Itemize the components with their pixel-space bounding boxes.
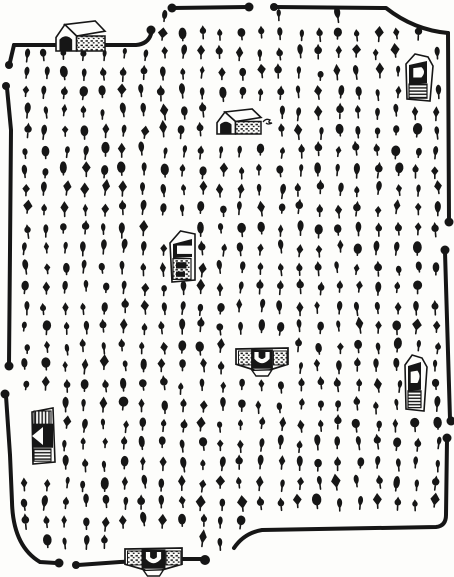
tree-symbol xyxy=(195,341,205,356)
tree-symbol xyxy=(21,477,28,491)
tree-symbol xyxy=(141,283,150,297)
boundary-post-dot xyxy=(2,82,10,90)
tree-symbol xyxy=(374,456,380,469)
tree-symbol xyxy=(64,322,70,335)
tree-symbol xyxy=(352,44,362,58)
tree-symbol xyxy=(42,168,49,179)
tree-symbol xyxy=(280,105,285,119)
tree-symbol xyxy=(317,376,325,390)
tree-symbol xyxy=(374,161,384,179)
tree-symbol xyxy=(101,223,106,235)
tree-symbol xyxy=(43,515,50,528)
tree-symbol xyxy=(158,514,168,529)
tree-symbol xyxy=(314,44,322,60)
tree-symbol xyxy=(393,104,399,117)
tree-symbol xyxy=(259,298,266,312)
tree-symbol xyxy=(255,400,261,414)
tree-symbol xyxy=(335,164,340,177)
tree-symbol xyxy=(373,433,382,450)
tree-symbol xyxy=(376,420,382,431)
tree-symbol xyxy=(178,27,186,41)
tree-symbol xyxy=(24,224,32,239)
boundary-post-dot xyxy=(72,561,80,569)
tree-symbol xyxy=(99,319,107,333)
tree-symbol xyxy=(216,303,225,316)
tree-symbol xyxy=(81,358,89,375)
tree-symbol xyxy=(196,416,206,432)
tree-symbol xyxy=(412,123,423,139)
tree-symbol xyxy=(294,337,302,353)
tree-symbol xyxy=(118,396,129,411)
tree-symbol xyxy=(337,343,344,355)
tree-symbol xyxy=(100,165,108,179)
boundary-post-dot xyxy=(447,417,454,426)
tree-symbol xyxy=(235,454,243,470)
tree-symbol xyxy=(120,238,128,253)
tree-symbol xyxy=(279,183,287,199)
tree-symbol xyxy=(123,420,130,433)
tree-symbol xyxy=(84,321,90,335)
tree-symbol xyxy=(278,455,286,470)
tree-symbol xyxy=(276,9,281,21)
tree-symbol xyxy=(279,147,286,160)
tree-symbol xyxy=(159,262,166,277)
tree-symbol xyxy=(297,66,302,79)
tree-symbol xyxy=(199,166,207,180)
tree-symbol xyxy=(353,29,360,42)
tree-symbol xyxy=(236,183,245,199)
tree-symbol xyxy=(180,418,189,433)
tree-symbol xyxy=(353,263,360,275)
tree-symbol xyxy=(237,145,242,157)
tree-symbol xyxy=(274,63,282,79)
tree-symbol xyxy=(157,358,165,372)
tree-symbol xyxy=(314,261,322,277)
tree-symbol xyxy=(413,301,419,316)
tree-symbol xyxy=(62,496,69,509)
tree-symbol xyxy=(140,182,145,195)
tree-symbol xyxy=(195,495,206,512)
orchard-map-canvas xyxy=(0,0,454,577)
tree-symbol xyxy=(123,497,128,511)
tree-symbol xyxy=(356,222,362,237)
tree-symbol xyxy=(40,181,47,196)
tree-symbol xyxy=(330,473,342,491)
tree-symbol xyxy=(142,162,147,175)
tree-symbol xyxy=(218,223,224,234)
building-icon-shed-west-edge xyxy=(32,408,55,464)
tree-symbol xyxy=(119,222,125,238)
tree-symbol xyxy=(394,281,401,293)
tree-symbol xyxy=(411,318,423,335)
tree-symbol xyxy=(296,278,304,294)
tree-symbol xyxy=(414,437,422,452)
tree-symbol xyxy=(21,242,27,256)
tree-symbol xyxy=(21,321,27,332)
tree-symbol xyxy=(21,358,28,370)
tree-symbol xyxy=(374,302,380,315)
tree-symbol xyxy=(238,322,243,335)
tree-symbol xyxy=(255,475,264,491)
tree-symbol xyxy=(432,146,438,160)
tree-symbol xyxy=(238,399,246,412)
tree-symbol xyxy=(180,68,186,80)
tree-symbol xyxy=(160,341,169,355)
tree-symbol xyxy=(296,244,304,258)
tree-symbol xyxy=(391,145,401,160)
boundary-fence-line xyxy=(234,440,447,548)
tree-symbol xyxy=(278,123,285,137)
tree-symbol xyxy=(160,163,169,178)
tree-symbol xyxy=(200,378,205,391)
tree-symbol xyxy=(160,184,167,198)
tree-symbol xyxy=(199,400,208,413)
tree-symbol xyxy=(196,122,204,137)
tree-symbol xyxy=(316,27,324,42)
tree-symbol xyxy=(412,164,418,179)
tree-symbol xyxy=(101,342,106,355)
tree-symbol xyxy=(337,498,342,512)
tree-symbol xyxy=(20,498,28,511)
tree-symbol xyxy=(24,301,29,316)
tree-symbol xyxy=(257,49,262,61)
tree-symbol xyxy=(160,244,167,256)
tree-symbol xyxy=(314,105,323,120)
boundary-post-dot xyxy=(1,390,10,399)
boundary-post-dot xyxy=(55,559,64,568)
tree-symbol xyxy=(314,459,322,472)
tree-symbol xyxy=(81,259,87,274)
tree-symbol xyxy=(43,534,53,549)
tree-symbol xyxy=(197,262,207,278)
tree-symbol xyxy=(334,414,342,430)
tree-symbol xyxy=(201,514,207,527)
tree-symbol xyxy=(80,302,86,315)
tree-symbol xyxy=(62,126,69,137)
tree-symbol xyxy=(217,28,223,41)
tree-symbol xyxy=(181,184,187,196)
tree-symbol xyxy=(161,285,167,297)
tree-symbol xyxy=(99,67,107,81)
tree-symbol xyxy=(101,516,110,532)
tree-symbol xyxy=(315,245,322,258)
tree-symbol xyxy=(177,125,185,139)
tree-symbol xyxy=(256,279,264,295)
tree-symbol xyxy=(161,400,168,414)
tree-symbol xyxy=(24,48,31,63)
tree-symbol xyxy=(41,204,47,216)
tree-symbol xyxy=(258,262,264,275)
tree-symbol xyxy=(179,301,186,316)
tree-symbol xyxy=(198,529,208,548)
tree-symbol xyxy=(24,102,31,119)
tree-symbol xyxy=(316,204,323,217)
tree-symbol xyxy=(354,163,361,179)
tree-symbol xyxy=(278,203,285,214)
tree-symbol xyxy=(434,126,440,140)
tree-symbol xyxy=(433,106,440,121)
tree-symbol xyxy=(81,68,86,81)
tree-symbol xyxy=(138,84,144,98)
tree-symbol xyxy=(157,27,168,42)
tree-symbol xyxy=(333,27,342,40)
tree-symbol xyxy=(121,298,129,314)
tree-symbol xyxy=(410,418,420,433)
tree-symbol xyxy=(319,127,324,140)
tree-symbol xyxy=(354,357,361,372)
tree-symbol xyxy=(355,316,365,334)
tree-symbol xyxy=(137,494,145,510)
tree-symbol xyxy=(236,495,248,513)
tree-symbol xyxy=(434,396,441,413)
tree-symbol xyxy=(295,183,301,197)
tree-symbol xyxy=(121,436,128,450)
tree-symbol xyxy=(431,300,439,316)
tree-symbol xyxy=(317,179,325,194)
tree-symbol xyxy=(238,281,244,294)
tree-symbol xyxy=(278,224,284,237)
tree-symbol xyxy=(298,398,305,410)
tree-symbol xyxy=(60,86,68,100)
tree-symbol xyxy=(433,262,440,276)
tree-symbol xyxy=(41,376,50,391)
tree-symbol xyxy=(336,320,341,332)
tree-symbol xyxy=(239,86,247,99)
tree-symbol xyxy=(101,534,108,549)
tree-symbol xyxy=(161,302,167,315)
tree-symbol xyxy=(41,85,47,99)
tree-symbol xyxy=(102,437,108,448)
tree-symbol xyxy=(140,241,147,256)
tree-symbol xyxy=(318,400,324,410)
tree-symbol xyxy=(318,419,324,432)
tree-symbol xyxy=(219,456,227,472)
tree-symbol xyxy=(416,340,421,352)
tree-symbol xyxy=(239,68,246,81)
tree-symbol xyxy=(293,493,303,508)
tree-symbol xyxy=(21,164,28,178)
tree-symbol xyxy=(179,439,185,453)
tree-symbol xyxy=(81,220,90,235)
tree-symbol xyxy=(395,184,403,197)
tree-symbol xyxy=(101,419,106,430)
building-icon-house-center xyxy=(236,348,288,376)
tree-symbol xyxy=(159,495,164,509)
tree-symbol xyxy=(314,301,320,314)
tree-symbol xyxy=(355,436,362,451)
boundary-fence-line xyxy=(448,33,449,220)
tree-symbol xyxy=(298,378,305,392)
tree-symbol xyxy=(276,300,283,315)
tree-symbol xyxy=(416,184,421,197)
tree-symbol xyxy=(276,322,285,337)
map-boundary xyxy=(1,3,454,570)
tree-symbol xyxy=(338,85,345,99)
tree-symbol xyxy=(296,302,304,317)
buildings-layer xyxy=(32,21,433,576)
tree-symbol xyxy=(179,83,186,99)
tree-symbol xyxy=(258,319,265,333)
tree-symbol xyxy=(297,44,304,59)
tree-symbol xyxy=(199,181,207,195)
tree-symbol xyxy=(334,204,342,219)
tree-symbol xyxy=(118,143,126,158)
tree-symbol xyxy=(337,182,344,196)
tree-symbol xyxy=(299,29,304,41)
tree-symbol xyxy=(158,321,165,335)
tree-symbol xyxy=(256,496,265,511)
orchard-grid xyxy=(20,6,443,551)
tree-symbol xyxy=(373,143,381,156)
tree-symbol xyxy=(276,47,284,61)
boundary-fence-line xyxy=(172,7,248,8)
tree-symbol xyxy=(23,66,29,79)
tree-symbol xyxy=(197,222,204,237)
tree-symbol xyxy=(78,86,88,101)
tree-symbol xyxy=(351,140,360,156)
tree-symbol xyxy=(81,399,86,412)
tree-symbol xyxy=(218,146,223,159)
tree-symbol xyxy=(220,381,226,393)
tree-symbol xyxy=(61,515,67,528)
tree-symbol xyxy=(315,343,323,356)
tree-symbol xyxy=(81,105,87,117)
tree-symbol xyxy=(375,108,380,120)
tree-symbol xyxy=(140,263,146,277)
tree-symbol xyxy=(181,281,187,296)
tree-symbol xyxy=(139,417,146,430)
tree-symbol xyxy=(120,318,128,333)
tree-symbol xyxy=(296,477,304,491)
tree-symbol xyxy=(101,178,111,196)
boundary-post-dot xyxy=(168,4,177,13)
tree-symbol xyxy=(197,45,205,60)
tree-symbol xyxy=(139,220,149,237)
tree-symbol xyxy=(121,280,127,294)
tree-symbol xyxy=(257,221,265,234)
tree-symbol xyxy=(102,495,110,509)
tree-symbol xyxy=(139,342,144,355)
tree-symbol xyxy=(413,456,418,469)
tree-symbol xyxy=(80,481,85,493)
tree-symbol xyxy=(297,456,303,471)
tree-symbol xyxy=(181,106,188,120)
tree-symbol xyxy=(373,358,379,372)
tree-symbol xyxy=(236,242,244,257)
tree-symbol xyxy=(295,107,301,122)
tree-symbol xyxy=(163,147,168,159)
tree-symbol xyxy=(235,46,243,61)
tree-symbol xyxy=(415,261,422,273)
tree-symbol xyxy=(334,456,341,471)
tree-symbol xyxy=(43,242,49,254)
tree-symbol xyxy=(138,141,145,156)
tree-symbol xyxy=(142,323,148,335)
tree-symbol xyxy=(200,459,205,470)
tree-symbol xyxy=(373,240,380,255)
tree-symbol xyxy=(414,222,421,235)
tree-symbol xyxy=(220,397,226,411)
tree-symbol xyxy=(431,222,440,238)
tree-symbol xyxy=(296,440,303,453)
tree-symbol xyxy=(41,146,49,160)
tree-symbol xyxy=(376,62,385,78)
tree-symbol xyxy=(353,396,361,411)
tree-symbol xyxy=(392,437,401,452)
tree-symbol xyxy=(313,359,320,372)
engraving-flourish xyxy=(263,119,272,124)
tree-symbol xyxy=(197,201,205,214)
tree-symbol xyxy=(40,303,47,316)
tree-symbol xyxy=(139,379,148,392)
tree-symbol xyxy=(160,66,166,80)
tree-symbol xyxy=(140,125,150,139)
tree-symbol xyxy=(161,10,167,23)
tree-symbol xyxy=(392,476,400,492)
boundary-post-dot xyxy=(443,434,452,443)
tree-symbol xyxy=(258,379,265,391)
tree-symbol xyxy=(82,145,89,160)
tree-symbol xyxy=(436,460,440,473)
tree-symbol xyxy=(178,382,184,395)
tree-symbol xyxy=(180,44,187,59)
tree-symbol xyxy=(161,46,168,59)
tree-symbol xyxy=(256,164,262,176)
boundary-post-dot xyxy=(5,61,13,69)
tree-symbol xyxy=(336,103,344,120)
tree-symbol xyxy=(118,180,127,197)
tree-symbol xyxy=(219,87,227,103)
tree-symbol xyxy=(98,85,106,98)
tree-symbol xyxy=(215,45,223,60)
tree-symbol xyxy=(64,146,70,158)
tree-symbol xyxy=(434,46,440,59)
tree-symbol xyxy=(354,186,359,197)
tree-symbol xyxy=(392,320,401,335)
tree-symbol xyxy=(219,162,228,177)
tree-symbol xyxy=(314,141,322,156)
tree-symbol xyxy=(197,304,203,317)
tree-symbol xyxy=(119,102,127,118)
tree-symbol xyxy=(335,45,342,58)
boundary-post-dot xyxy=(5,362,14,371)
tree-symbol xyxy=(390,43,400,59)
tree-symbol xyxy=(199,25,206,40)
tree-symbol xyxy=(159,203,167,216)
tree-symbol xyxy=(216,338,225,354)
tree-symbol xyxy=(373,377,383,393)
tree-symbol xyxy=(397,380,403,393)
tree-symbol xyxy=(351,418,361,433)
tree-symbol xyxy=(159,103,169,121)
tree-symbol xyxy=(236,476,243,489)
tree-symbol xyxy=(178,514,186,527)
tree-symbol xyxy=(40,124,47,140)
tree-symbol xyxy=(376,474,384,489)
tree-symbol xyxy=(65,477,70,489)
tree-symbol xyxy=(434,342,441,355)
tree-symbol xyxy=(217,538,223,551)
boundary-post-dot xyxy=(245,3,254,12)
tree-symbol xyxy=(22,85,29,97)
tree-symbol xyxy=(102,460,107,472)
orchard-plan-figure xyxy=(0,0,454,577)
tree-symbol xyxy=(80,379,88,392)
tree-symbol xyxy=(355,280,363,293)
tree-symbol xyxy=(99,354,109,370)
tree-symbol xyxy=(117,83,127,97)
building-icon-house-south xyxy=(125,548,182,576)
